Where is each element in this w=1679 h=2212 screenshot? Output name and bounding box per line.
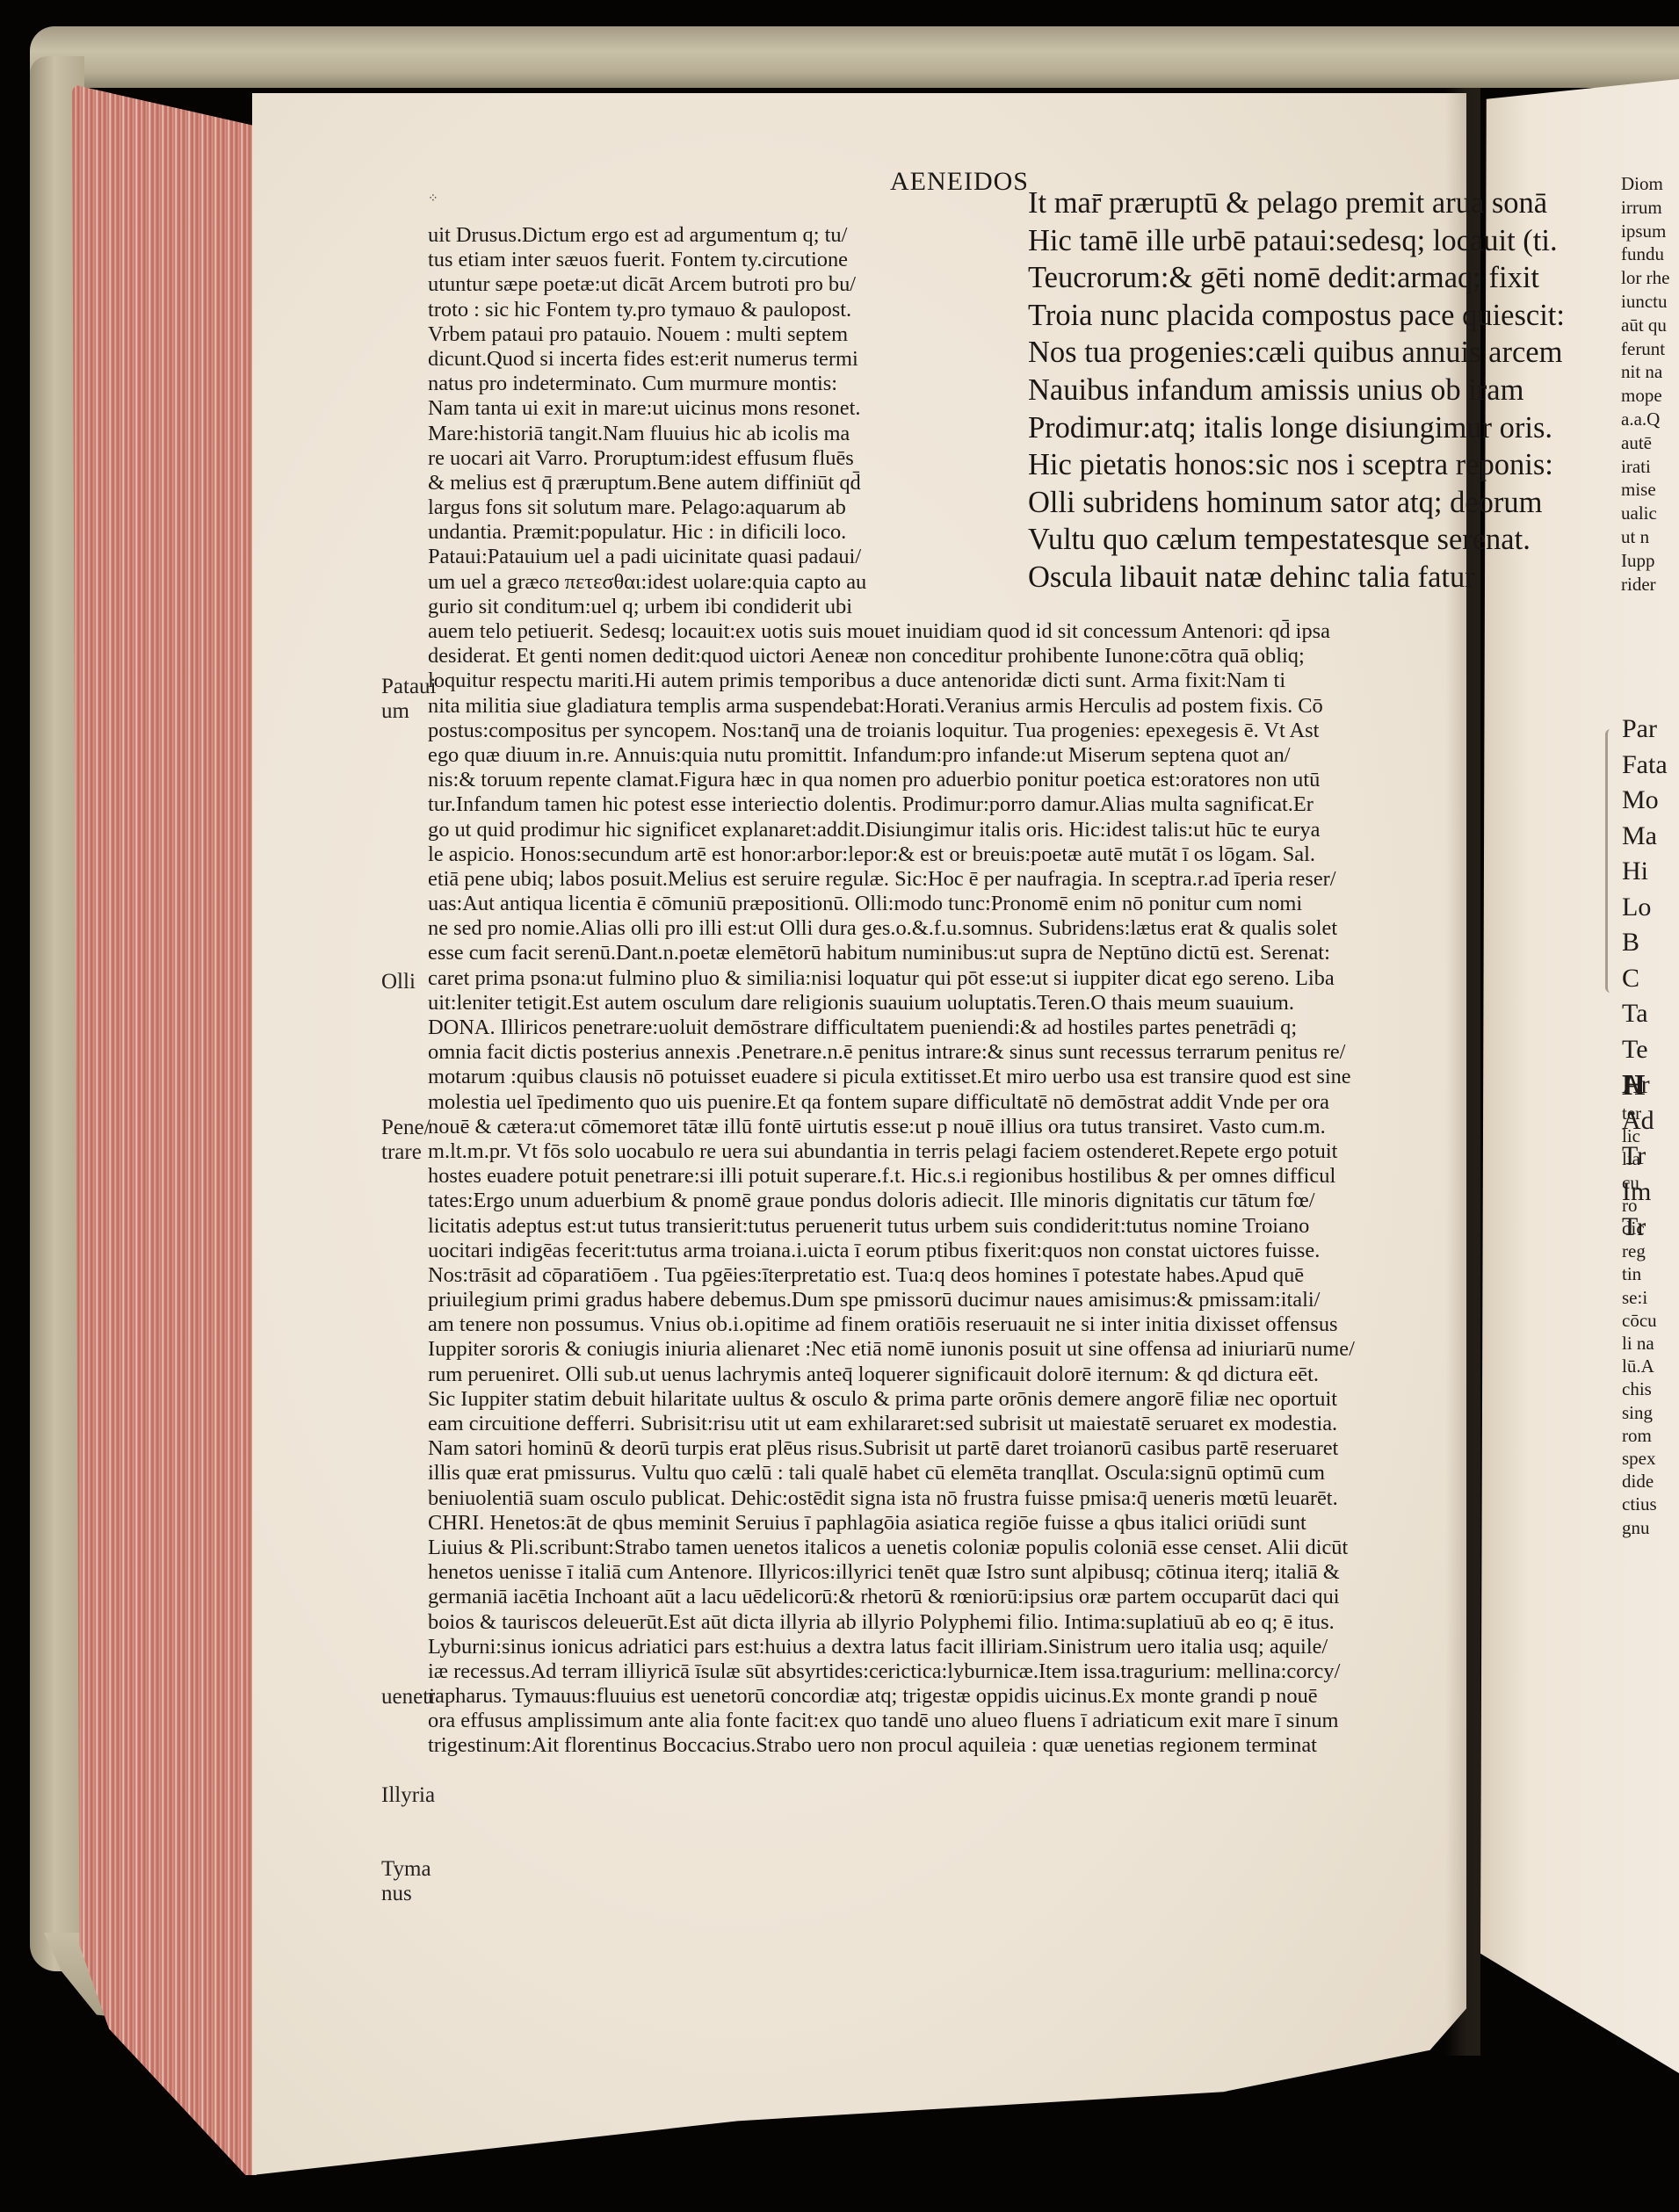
signature-mark: ⁘ [428,192,438,206]
running-head: AENEIDOS [890,167,1029,197]
next-page-verse-line: Mo [1622,783,1679,819]
gloss-line: Pene/ [381,1116,431,1140]
next-page-line: dide [1622,1470,1679,1493]
next-page-line: lū.A [1622,1355,1679,1377]
commentary-line: um uel a græco πετεσθαι:idest uolare:qui… [428,570,1355,595]
commentary-line: & melius est q̄ præruptum.Bene autem dif… [428,471,1008,495]
next-page-verse-line: Ta [1622,996,1679,1032]
marginal-gloss-olli: Olli [381,970,416,994]
next-page-verse-line: Te [1622,1032,1679,1068]
next-page-line: ter [1622,1102,1679,1124]
commentary-line: tus etiam inter sæuos fuerit. Fontem ty.… [428,248,1008,272]
commentary-line: dicunt.Quod si incerta fides est:erit nu… [428,347,1008,372]
next-page-line: ro [1622,1194,1679,1217]
commentary-line: natus pro indeterminato. Cum murmure mon… [428,372,1008,396]
commentary-line: boios & tauriscos deleuerūt.Est aūt dict… [428,1610,1355,1635]
next-page-line: dic [1622,1217,1679,1240]
next-page-line: mise [1621,478,1679,502]
next-page-verse-line: Ma [1622,819,1679,855]
commentary-line: omnia facit dictis posterius annexis .Pe… [428,1040,1355,1065]
commentary-line: Nam tanta ui exit in mare:ut uicinus mon… [428,396,1008,421]
commentary-line: molestia uel īpedimento quo uis puenire.… [428,1090,1355,1115]
marginal-gloss-penetrare: Pene/ trare [381,1116,431,1165]
commentary-line: uit Drusus.Dictum ergo est ad argumentum… [428,223,1008,248]
next-page-line: tin [1622,1262,1679,1285]
commentary-line: etiā pene ubiq; labos posuit.Melius est … [428,867,1355,892]
next-page-line: irati [1621,455,1679,479]
next-page-verse-line: Lo [1622,890,1679,926]
commentary-line: ne sed pro nomie.Alias olli pro illi est… [428,916,1355,941]
next-page-line: cōcu [1622,1309,1679,1332]
next-page-line: a.a.Q [1621,408,1679,431]
next-page-line: ferunt [1621,337,1679,361]
commentary-line: nis:& toruum repente clamat.Figura hæc i… [428,768,1355,792]
marginal-gloss-tymauus: Tyma nus [381,1857,431,1906]
next-page-verse-line: Hi [1622,854,1679,890]
gloss-line: nus [381,1882,431,1906]
gloss-line: Illyria [381,1783,435,1808]
commentary-line: uas:Aut antiqua licentia ē cōmuniū præpo… [428,892,1355,916]
commentary-line: illis quæ erat pmissurus. Vultu quo cælū… [428,1461,1355,1486]
vellum-binding-top [30,26,1679,88]
next-page-line: sing [1622,1401,1679,1424]
next-page-verse-line: C [1622,961,1679,997]
commentary-line: nouē & cætera:ut cōmemoret tātæ illū fon… [428,1115,1355,1139]
commentary-line: go ut quid prodimur hic significet expla… [428,818,1355,842]
commentary-line: eam circuitione defferri. Subrisit:risu … [428,1412,1355,1436]
commentary-line: Lyburni:sinus ionicus adriatici pars est… [428,1635,1355,1659]
gloss-line: Tyma [381,1857,431,1882]
next-page-line: li na [1622,1332,1679,1355]
commentary-line: uocitari indigēas fecerit:tutus arma tro… [428,1239,1355,1263]
next-page-initial: H [1622,1070,1679,1102]
commentary-line: Nam satori hominū & deorū turpis erat pl… [428,1436,1355,1461]
next-page-verse-line: B [1622,925,1679,961]
commentary-line: Pataui:Patauium uel a padi uicinitate qu… [428,545,1355,569]
commentary-line: tates:Ergo unum aduerbium & pnomē graue … [428,1189,1355,1213]
commentary-line: am tenere non possumus. Vnius ob.i.opiti… [428,1312,1355,1337]
commentary-line: postus:compositus per syncopem. Nos:tanq… [428,719,1355,743]
next-page-line: lia [1622,1147,1679,1170]
verse-line: It mar̄ præruptū & pelago premit arua so… [1028,184,1458,222]
next-page-line: spex [1622,1447,1679,1470]
marginal-gloss-pataui: Pataui um [381,675,437,724]
commentary-line: licitatis adeptus est:ut tutus transieri… [428,1214,1355,1239]
commentary-line: nita militia siue gladiatura templis arm… [428,694,1355,719]
next-page-verse-line: Par [1622,712,1679,748]
commentary-line: tur.Infandum tamen hic potest esse inter… [428,792,1355,817]
commentary-line: gurio sit conditum:uel q; urbem ibi cond… [428,595,1355,619]
commentary-line: ego quæ diuum in.re. Annuis:quia nutu pr… [428,743,1355,768]
gloss-line: Olli [381,970,416,994]
next-page-line: rom [1622,1424,1679,1447]
commentary-line: henetos uenisse ī italiā cum Antenore. I… [428,1560,1355,1585]
commentary-line: CHRI. Henetos:āt de qbus meminit Seruius… [428,1511,1355,1536]
next-page-line: se:i [1622,1286,1679,1309]
commentary-line: trigestinum:Ait florentinus Boccacius.St… [428,1733,1355,1758]
next-page-line: fundu [1621,242,1679,266]
red-stained-page-edges [72,84,257,2175]
commentary-line: rum perueniret. Olli sub.ut uenus lachry… [428,1363,1355,1387]
next-page-line: Diom [1621,172,1679,196]
commentary-line: re uocari ait Varro. Proruptum:idest eff… [428,446,1008,471]
next-page-line: reg [1622,1240,1679,1262]
commentary-line: esse cum facit serenū.Dant.n.poetæ elemē… [428,941,1355,965]
commentary-line: utuntur sæpe poetæ:ut dicāt Arcem butrot… [428,272,1008,297]
commentary-line [428,1759,1355,1783]
commentary-block: uit Drusus.Dictum ergo est ad argumentum… [428,223,1355,1783]
marginal-gloss-veneti: ueneti [381,1685,435,1710]
commentary-line: Mare:historiā tangit.Nam fluuius hic ab … [428,422,1008,446]
commentary-line: beniuolentiā suam osculo publicat. Dehic… [428,1486,1355,1511]
next-page-line: autē [1621,431,1679,455]
next-page-line: aūt qu [1621,314,1679,337]
commentary-line: DONA. Illiricos penetrare:uoluit demōstr… [428,1016,1355,1040]
commentary-line: ora effusus amplissimum ante alia fonte … [428,1709,1355,1733]
gloss-line: um [381,699,437,724]
next-page-line: ut n [1621,525,1679,549]
commentary-line: loquitur respectu mariti.Hi autem primis… [428,669,1355,693]
next-page-commentary-bottom: H ter lic lia cu ro dic reg tin se:i cōc… [1622,1070,1679,1539]
next-page-line: chis [1622,1377,1679,1400]
commentary-line: Iuppiter sororis & coniugis iniuria alie… [428,1337,1355,1362]
next-page-line: iunctu [1621,290,1679,314]
next-page-line: ualic [1621,502,1679,525]
commentary-line: Liuius & Pli.scribunt:Strabo tamen uenet… [428,1536,1355,1560]
commentary-line: auem telo petiuerit. Sedesq; locauit:ex … [428,619,1355,644]
commentary-line: uit:leniter tetigit.Est autem osculum da… [428,991,1355,1016]
commentary-line: largus fons sit solutum mare. Pelago:aqu… [428,495,1008,520]
commentary-line: Sic Iuppiter statim debuit hilaritate uu… [428,1387,1355,1412]
commentary-line: hostes euadere potuit penetrare:si illi … [428,1164,1355,1189]
commentary-line: caret prima psona:ut fulmino pluo & simi… [428,966,1355,991]
commentary-line: rapharus. Tymauus:fluuius est uenetorū c… [428,1684,1355,1709]
commentary-line: Vrbem pataui pro patauio. Nouem : multi … [428,322,1008,347]
next-page-verse-line: Fata [1622,748,1679,784]
commentary-line: priuilegium primi gradus habere debemus.… [428,1288,1355,1312]
next-page-line: ctius [1622,1493,1679,1515]
next-page-commentary-top: Diom irrum ipsum fundu lor rhe iunctu aū… [1621,172,1679,596]
commentary-line: Nos:trāsit ad cōparatiōem . Tua pgēies:ī… [428,1263,1355,1288]
next-page-line: mope [1621,384,1679,408]
marginal-gloss-illyria: Illyria [381,1783,435,1808]
commentary-line: troto : sic hic Fontem ty.pro tymauo & p… [428,298,1008,322]
commentary-line: iæ recessus.Ad terram illiyricā īsulæ sū… [428,1659,1355,1684]
commentary-line: undantia. Præmit:populatur. Hic : in dif… [428,520,1008,545]
gloss-line: Pataui [381,675,437,699]
next-page-line: lor rhe [1621,266,1679,290]
next-page-line: cu [1622,1171,1679,1194]
next-page-line: lic [1622,1124,1679,1147]
commentary-line: m.lt.m.pr. Vt fōs solo uocabulo re uera … [428,1139,1355,1164]
next-page-line: Iupp [1621,549,1679,573]
gloss-line: ueneti [381,1685,435,1710]
commentary-line: motarum :quibus clausis nō potuisset eua… [428,1065,1355,1089]
gloss-line: trare [381,1140,431,1165]
next-page-line: ipsum [1621,220,1679,243]
commentary-line: germaniā iacētia Inchoant aūt a lacu uēd… [428,1585,1355,1609]
next-page-line: irrum [1621,196,1679,220]
next-page-line: gnu [1622,1516,1679,1539]
commentary-line: desiderat. Et genti nomen dedit:quod uic… [428,644,1355,669]
next-page-line: nit na [1621,360,1679,384]
next-page-line: rider [1621,573,1679,596]
handwritten-bracket-mark [1605,729,1620,993]
commentary-line: le aspicio. Honos:secundum artē est hono… [428,842,1355,867]
